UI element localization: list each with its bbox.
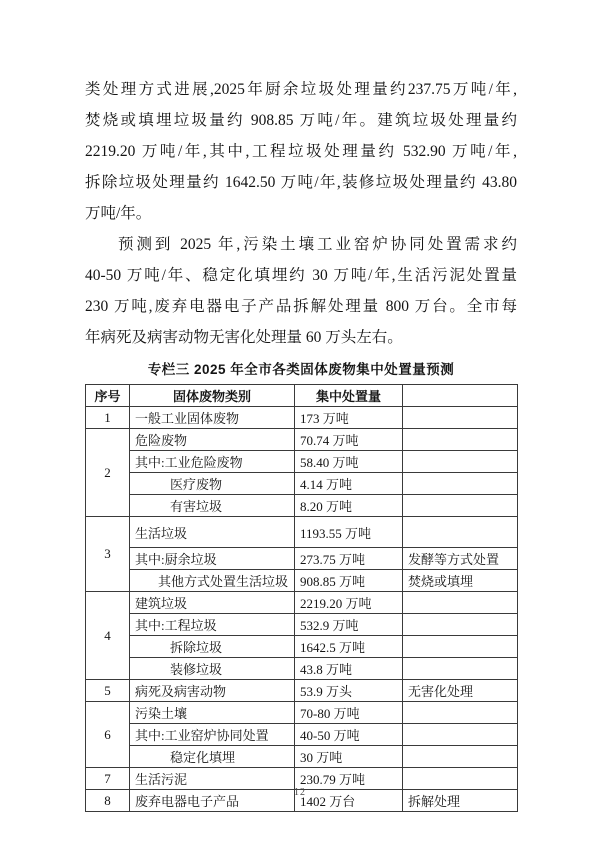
waste-category: 其中:工业窑炉协同处置 — [130, 724, 295, 746]
table-row: 2危险废物70.74 万吨 — [86, 429, 518, 451]
table-row: 拆除垃圾1642.5 万吨 — [86, 636, 518, 658]
disposal-amount: 30 万吨 — [295, 746, 403, 768]
treatment-method — [403, 451, 518, 473]
text-line: 拆除垃圾处理量约 1642.50 万吨/年,装修垃圾处理量约 43.80 — [85, 167, 517, 198]
table-title: 专栏三 2025 年全市各类固体废物集中处置量预测 — [85, 358, 517, 378]
treatment-method — [403, 636, 518, 658]
body-text: 类处理方式进展,2025年厨余垃圾处理量约237.75万吨/年,焚烧或填埋垃圾量… — [85, 74, 517, 353]
row-number: 1 — [86, 407, 130, 429]
text-line: 焚烧或填埋垃圾量约 908.85 万吨/年。建筑垃圾处理量约 — [85, 105, 517, 136]
column-header — [403, 385, 518, 407]
disposal-amount: 532.9 万吨 — [295, 614, 403, 636]
header-row: 序号固体废物类别集中处置量 — [86, 385, 518, 407]
table-row: 3生活垃圾1193.55 万吨 — [86, 517, 518, 548]
waste-category: 生活垃圾 — [130, 517, 295, 548]
column-header: 固体废物类别 — [130, 385, 295, 407]
treatment-method — [403, 495, 518, 517]
table-row: 其中:厨余垃圾273.75 万吨发酵等方式处置 — [86, 548, 518, 570]
treatment-method — [403, 724, 518, 746]
waste-category: 危险废物 — [130, 429, 295, 451]
disposal-amount: 2219.20 万吨 — [295, 592, 403, 614]
waste-category: 病死及病害动物 — [130, 680, 295, 702]
text-line: 预测到 2025 年,污染土壤工业窑炉协同处置需求约 — [85, 229, 517, 260]
page-number: 12 — [0, 787, 600, 798]
waste-category: 其中:工程垃圾 — [130, 614, 295, 636]
row-number: 3 — [86, 517, 130, 592]
waste-category: 稳定化填埋 — [130, 746, 295, 768]
table-row: 其中:工程垃圾532.9 万吨 — [86, 614, 518, 636]
treatment-method — [403, 517, 518, 548]
text-line: 年病死及病害动物无害化处理量 60 万头左右。 — [85, 322, 517, 353]
disposal-amount: 1642.5 万吨 — [295, 636, 403, 658]
text-line: 230 万吨,废弃电器电子产品拆解处理量 800 万台。全市每 — [85, 291, 517, 322]
document-page: 类处理方式进展,2025年厨余垃圾处理量约237.75万吨/年,焚烧或填埋垃圾量… — [0, 0, 600, 848]
treatment-method: 焚烧或填埋 — [403, 570, 518, 592]
treatment-method — [403, 746, 518, 768]
disposal-amount: 4.14 万吨 — [295, 473, 403, 495]
treatment-method — [403, 614, 518, 636]
table-row: 其中:工业危险废物58.40 万吨 — [86, 451, 518, 473]
waste-category: 其中:厨余垃圾 — [130, 548, 295, 570]
waste-category: 装修垃圾 — [130, 658, 295, 680]
table-body: 1一般工业固体废物173 万吨2危险废物70.74 万吨其中:工业危险废物58.… — [86, 407, 518, 812]
row-number: 5 — [86, 680, 130, 702]
table-row: 5病死及病害动物53.9 万头无害化处理 — [86, 680, 518, 702]
table-row: 4建筑垃圾2219.20 万吨 — [86, 592, 518, 614]
disposal-amount: 1193.55 万吨 — [295, 517, 403, 548]
table-row: 其他方式处置生活垃圾908.85 万吨焚烧或填埋 — [86, 570, 518, 592]
waste-category: 其他方式处置生活垃圾 — [130, 570, 295, 592]
disposal-amount: 70-80 万吨 — [295, 702, 403, 724]
page-content: 类处理方式进展,2025年厨余垃圾处理量约237.75万吨/年,焚烧或填埋垃圾量… — [85, 74, 517, 812]
disposal-amount: 908.85 万吨 — [295, 570, 403, 592]
table-header: 序号固体废物类别集中处置量 — [86, 385, 518, 407]
treatment-method: 无害化处理 — [403, 680, 518, 702]
waste-category: 污染土壤 — [130, 702, 295, 724]
waste-category: 其中:工业危险废物 — [130, 451, 295, 473]
waste-category: 建筑垃圾 — [130, 592, 295, 614]
waste-category: 有害垃圾 — [130, 495, 295, 517]
row-number: 6 — [86, 702, 130, 768]
disposal-amount: 58.40 万吨 — [295, 451, 403, 473]
treatment-method — [403, 702, 518, 724]
row-number: 4 — [86, 592, 130, 680]
table-row: 医疗废物4.14 万吨 — [86, 473, 518, 495]
disposal-forecast-table: 序号固体废物类别集中处置量 1一般工业固体废物173 万吨2危险废物70.74 … — [85, 384, 518, 812]
table-row: 装修垃圾43.8 万吨 — [86, 658, 518, 680]
treatment-method — [403, 592, 518, 614]
text-line: 2219.20 万吨/年,其中,工程垃圾处理量约 532.90 万吨/年, — [85, 136, 517, 167]
treatment-method — [403, 658, 518, 680]
disposal-amount: 70.74 万吨 — [295, 429, 403, 451]
disposal-amount: 40-50 万吨 — [295, 724, 403, 746]
column-header: 序号 — [86, 385, 130, 407]
disposal-amount: 8.20 万吨 — [295, 495, 403, 517]
table-row: 稳定化填埋30 万吨 — [86, 746, 518, 768]
disposal-amount: 53.9 万头 — [295, 680, 403, 702]
table-row: 其中:工业窑炉协同处置40-50 万吨 — [86, 724, 518, 746]
waste-category: 一般工业固体废物 — [130, 407, 295, 429]
treatment-method — [403, 429, 518, 451]
text-line: 40-50 万吨/年、稳定化填埋约 30 万吨/年,生活污泥处置量 — [85, 260, 517, 291]
treatment-method — [403, 473, 518, 495]
disposal-amount: 173 万吨 — [295, 407, 403, 429]
table-row: 6污染土壤70-80 万吨 — [86, 702, 518, 724]
paragraph: 类处理方式进展,2025年厨余垃圾处理量约237.75万吨/年,焚烧或填埋垃圾量… — [85, 74, 517, 229]
text-line: 万吨/年。 — [85, 198, 517, 229]
treatment-method: 发酵等方式处置 — [403, 548, 518, 570]
disposal-amount: 43.8 万吨 — [295, 658, 403, 680]
column-header: 集中处置量 — [295, 385, 403, 407]
row-number: 2 — [86, 429, 130, 517]
waste-category: 拆除垃圾 — [130, 636, 295, 658]
disposal-amount: 273.75 万吨 — [295, 548, 403, 570]
table-row: 有害垃圾8.20 万吨 — [86, 495, 518, 517]
text-line: 类处理方式进展,2025年厨余垃圾处理量约237.75万吨/年, — [85, 74, 517, 105]
table-row: 1一般工业固体废物173 万吨 — [86, 407, 518, 429]
paragraph: 预测到 2025 年,污染土壤工业窑炉协同处置需求约40-50 万吨/年、稳定化… — [85, 229, 517, 353]
waste-category: 医疗废物 — [130, 473, 295, 495]
treatment-method — [403, 407, 518, 429]
